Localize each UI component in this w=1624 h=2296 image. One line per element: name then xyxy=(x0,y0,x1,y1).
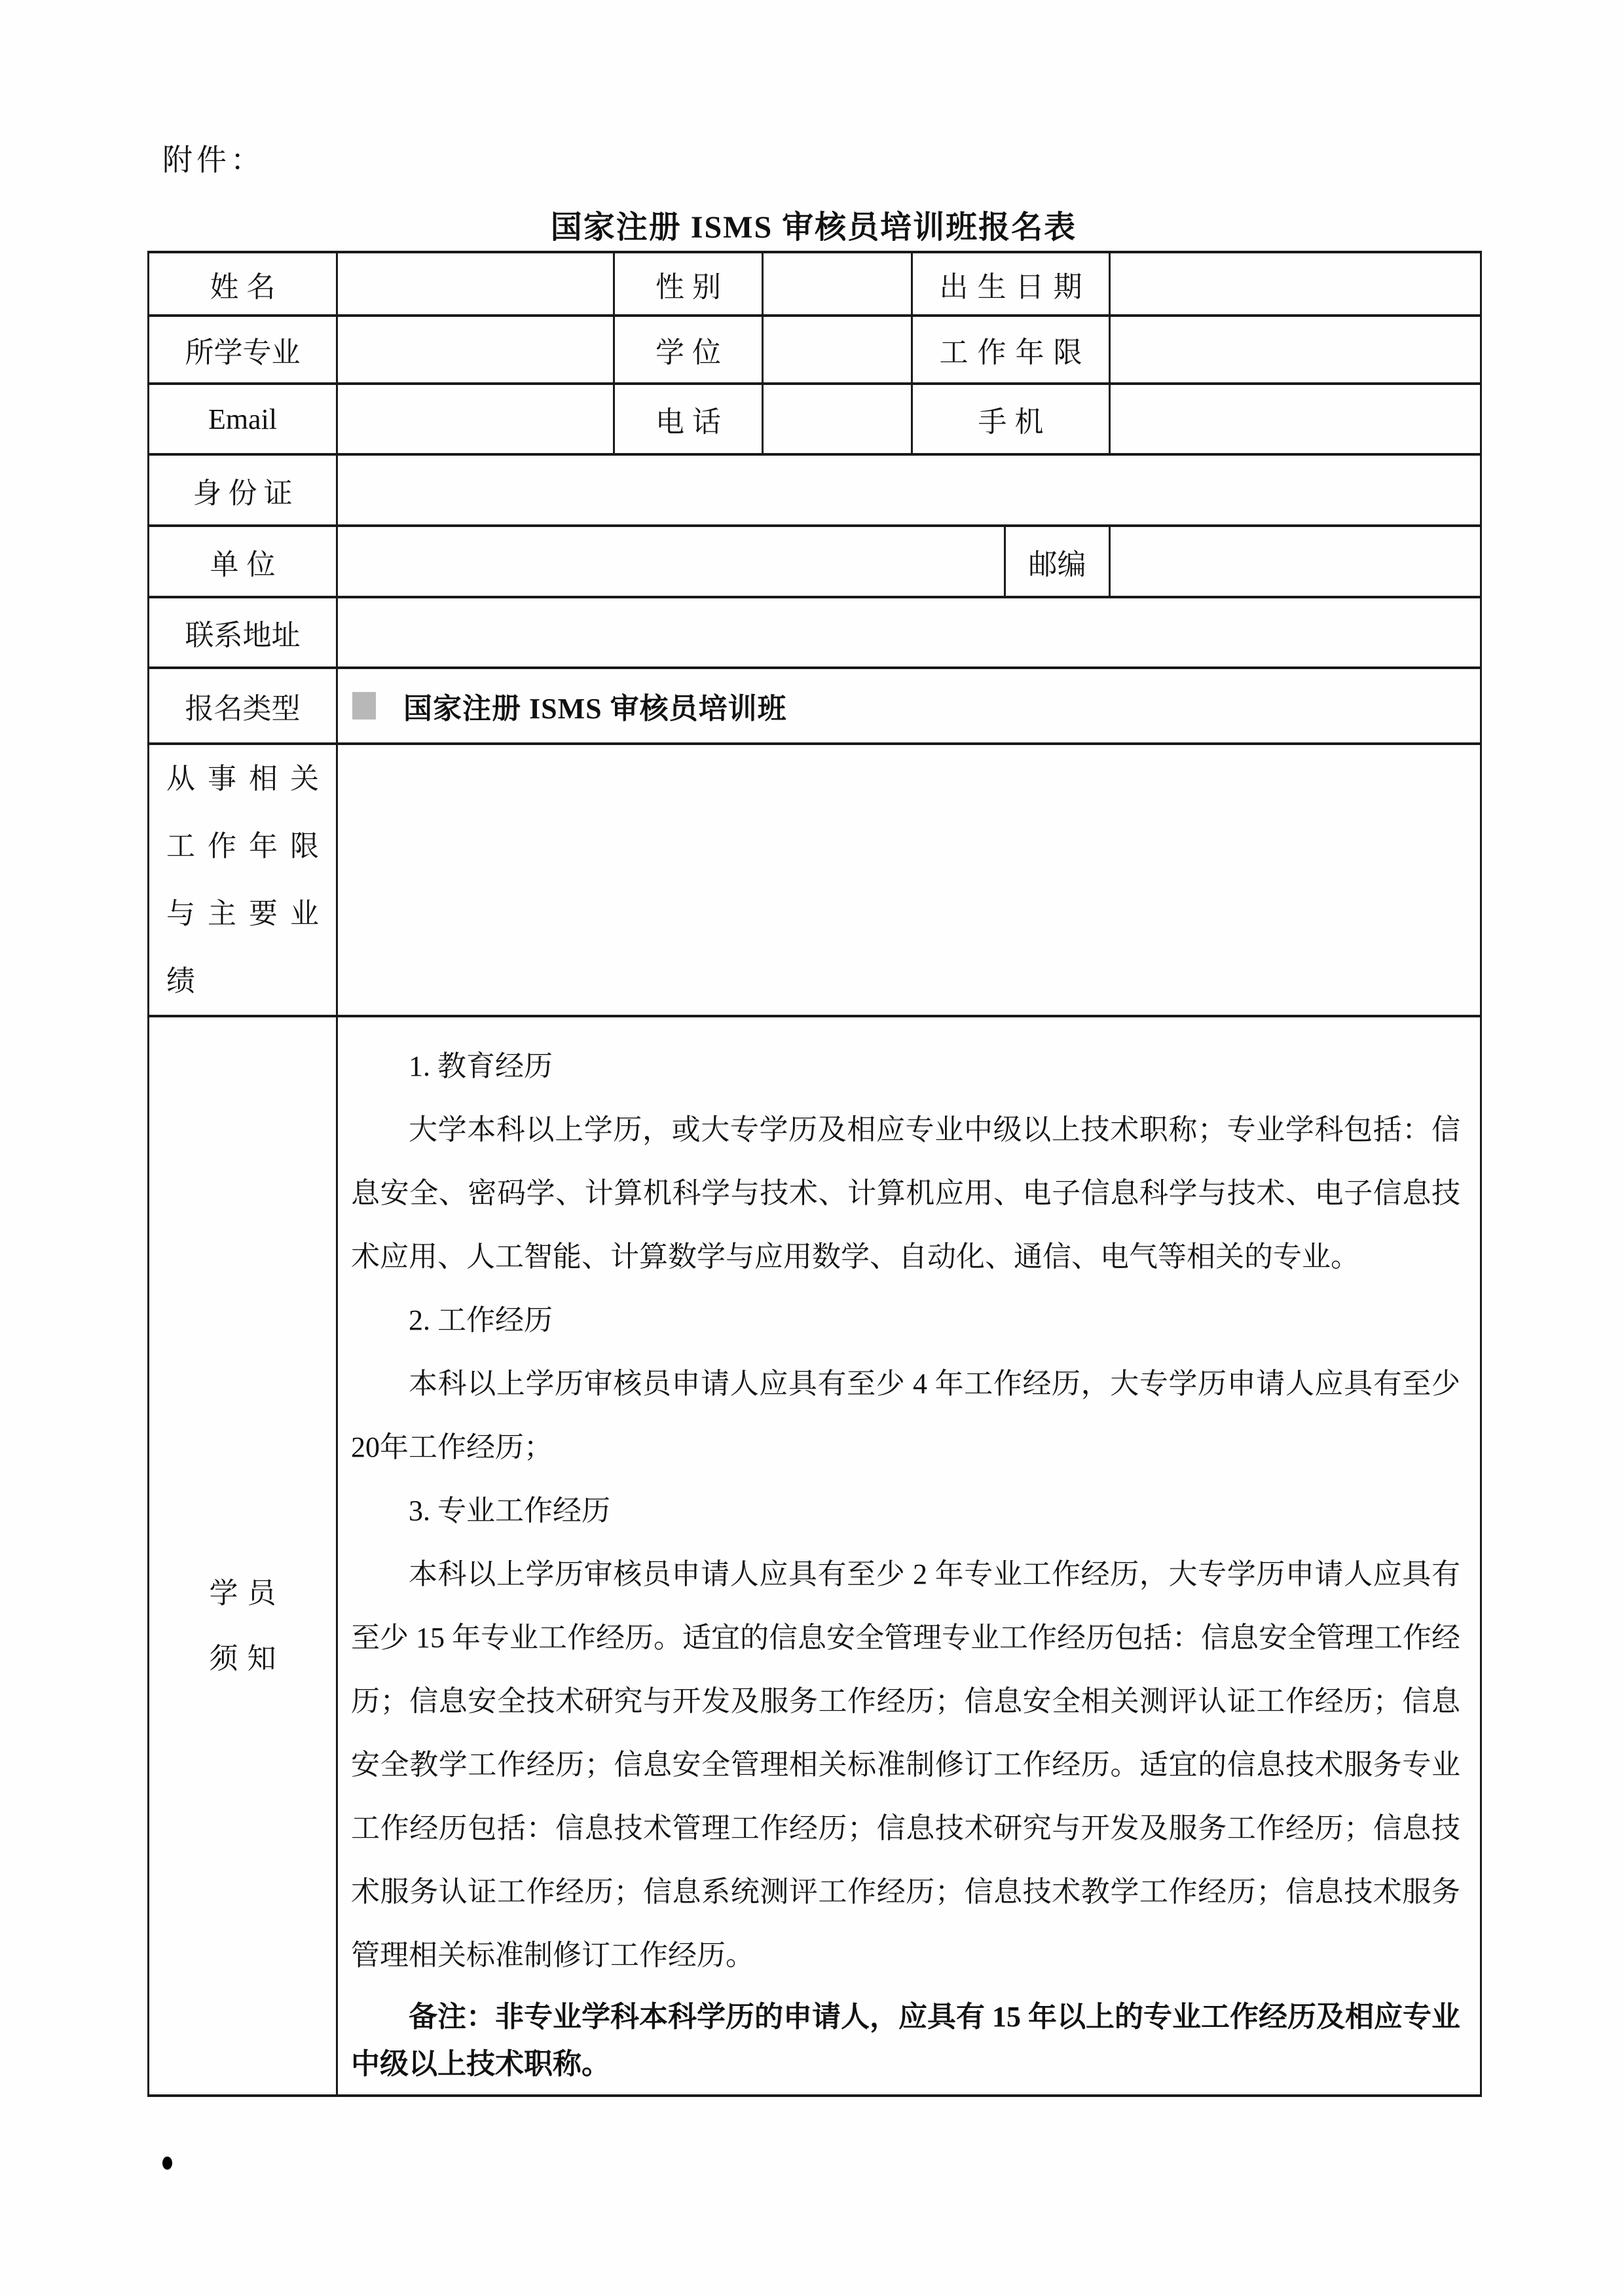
table-row: 联系地址 xyxy=(149,597,1481,668)
table-row: 单位 邮编 xyxy=(149,526,1481,597)
notice-label-line: 须知 xyxy=(149,1626,336,1692)
page-title: 国家注册 ISMS 审核员培训班报名表 xyxy=(147,202,1480,247)
major-value-cell[interactable] xyxy=(337,316,614,384)
id-card-label: 身份证 xyxy=(149,454,337,526)
table-row: 身份证 xyxy=(149,454,1481,526)
notice-paragraph: 大学本科以上学历，或大专学历及相应专业中级以上技术职称；专业学科包括：信息安全、… xyxy=(351,1098,1460,1288)
notice-label: 学员 须知 xyxy=(149,1016,337,2096)
notice-paragraph: 2. 工作经历 xyxy=(351,1288,1460,1352)
table-row: 报名类型 国家注册 ISMS 审核员培训班 xyxy=(149,668,1481,744)
notice-paragraph: 3. 专业工作经历 xyxy=(351,1479,1460,1542)
experience-label-line: 绩 xyxy=(149,947,336,1015)
postal-value-cell[interactable] xyxy=(1110,526,1481,597)
phone-value-cell[interactable] xyxy=(763,384,912,454)
notice-paragraph: 本科以上学历审核员申请人应具有至少 4 年工作经历，大专学历申请人应具有至少20… xyxy=(351,1352,1460,1479)
org-value-cell[interactable] xyxy=(337,526,1005,597)
notice-content-cell: 1. 教育经历 大学本科以上学历，或大专学历及相应专业中级以上技术职称；专业学科… xyxy=(337,1016,1481,2096)
experience-value-cell[interactable] xyxy=(337,744,1481,1016)
notice-remark-paragraph: 备注：非专业学科本科学历的申请人，应具有 15 年以上的专业工作经历及相应专业中… xyxy=(351,1994,1460,2088)
gender-value-cell[interactable] xyxy=(763,252,912,316)
email-label: Email xyxy=(149,384,337,454)
address-value-cell[interactable] xyxy=(337,597,1481,668)
work-years-value-cell[interactable] xyxy=(1110,316,1481,384)
experience-label-line: 与 主 要 业 xyxy=(149,880,336,947)
registration-table: 姓名 性别 出生日期 所学专业 学位 工作年限 Email 电话 手机 身份证 xyxy=(147,251,1482,2097)
degree-label: 学位 xyxy=(614,316,763,384)
org-label: 单位 xyxy=(149,526,337,597)
reg-type-option-label: 国家注册 ISMS 审核员培训班 xyxy=(403,685,787,727)
notice-label-line: 学员 xyxy=(149,1420,336,1626)
birth-date-label: 出生日期 xyxy=(912,252,1110,316)
phone-label: 电话 xyxy=(614,384,763,454)
checkbox-icon[interactable] xyxy=(352,692,376,720)
notice-paragraph: 1. 教育经历 xyxy=(351,1034,1460,1098)
reg-type-label: 报名类型 xyxy=(149,668,337,744)
attachment-note: 附件： xyxy=(162,136,265,179)
bullet-point xyxy=(162,2157,172,2170)
address-label: 联系地址 xyxy=(149,597,337,668)
name-label: 姓名 xyxy=(149,252,337,316)
degree-value-cell[interactable] xyxy=(763,316,912,384)
experience-label-line: 工 作 年 限 xyxy=(149,812,336,880)
name-value-cell[interactable] xyxy=(337,252,614,316)
notice-paragraph: 本科以上学历审核员申请人应具有至少 2 年专业工作经历，大专学历申请人应具有至少… xyxy=(351,1542,1460,1987)
postal-label: 邮编 xyxy=(1005,526,1110,597)
reg-type-cell: 国家注册 ISMS 审核员培训班 xyxy=(337,668,1481,744)
table-row: 所学专业 学位 工作年限 xyxy=(149,316,1481,384)
document-page: 附件： 国家注册 ISMS 审核员培训班报名表 姓名 性别 出生日期 所学专业 … xyxy=(0,0,1624,2296)
major-label: 所学专业 xyxy=(149,316,337,384)
mobile-value-cell[interactable] xyxy=(1110,384,1481,454)
mobile-label: 手机 xyxy=(912,384,1110,454)
experience-label-line: 从 事 相 关 xyxy=(149,745,336,812)
work-years-label: 工作年限 xyxy=(912,316,1110,384)
table-row: 从 事 相 关 工 作 年 限 与 主 要 业 绩 xyxy=(149,744,1481,1016)
email-value-cell[interactable] xyxy=(337,384,614,454)
id-card-value-cell[interactable] xyxy=(337,454,1481,526)
gender-label: 性别 xyxy=(614,252,763,316)
table-row: 姓名 性别 出生日期 xyxy=(149,252,1481,316)
birth-date-value-cell[interactable] xyxy=(1110,252,1481,316)
table-row: Email 电话 手机 xyxy=(149,384,1481,454)
experience-label: 从 事 相 关 工 作 年 限 与 主 要 业 绩 xyxy=(149,744,337,1016)
table-row: 学员 须知 1. 教育经历 大学本科以上学历，或大专学历及相应专业中级以上技术职… xyxy=(149,1016,1481,2096)
